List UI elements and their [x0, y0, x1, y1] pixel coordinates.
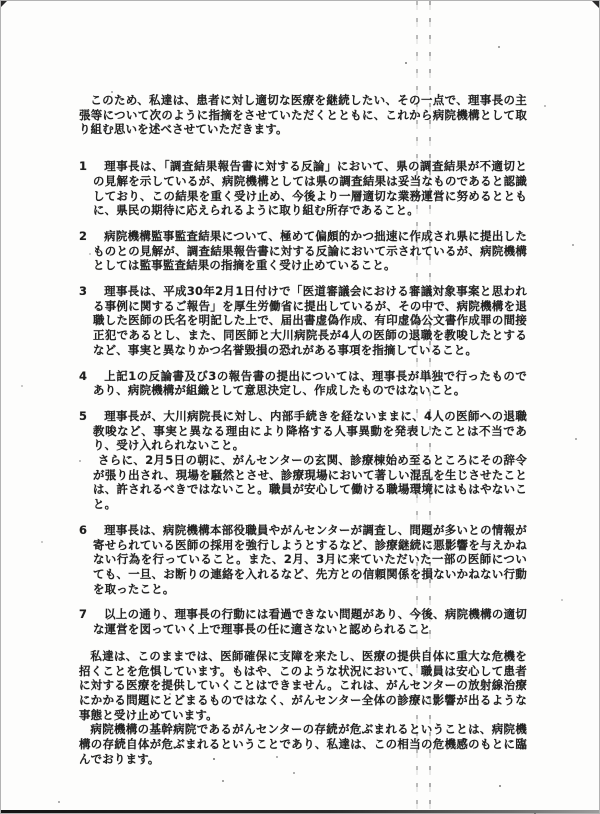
item-number: 2	[79, 229, 104, 244]
closing-paragraph-2: 病院機構の基幹病院であるがんセンターの存続が危ぶまれるということは、病院機構の存…	[79, 722, 527, 766]
numbered-item-2: 2病院機構監事監査結果について、極めて偏頗的かつ拙速に作成され県に提出したものと…	[79, 229, 527, 273]
closing-section: 私達は、このままでは、医師確保に支障を来たし、医療の提供自体に重大な危機を招くこ…	[79, 649, 527, 767]
item-text-continued: さらに、2月5日の朝に、がんセンターの玄関、診療棟始め至るところにその辞令が張り…	[79, 453, 527, 512]
scan-corner-artifact-top-left	[1, 1, 7, 7]
item-text: 理事長が、大川病院長に対し、内部手続きを経ないままに、4人の医師への退職教唆など…	[93, 409, 527, 452]
item-text: 病院機構監事監査結果について、極めて偏頗的かつ拙速に作成され県に提出したものとの…	[93, 229, 527, 272]
item-number: 6	[79, 523, 104, 538]
numbered-item-6: 6理事長は、病院機構本部役職員やがんセンターが調査し、問題が多いとの情報が寄せら…	[79, 523, 527, 597]
numbered-item-7: 7以上の通り、理事長の行動には看過できない問題があり、今後、病院機構の適切な運営…	[79, 607, 527, 636]
scan-bottom-edge	[1, 810, 599, 813]
item-number: 3	[79, 284, 104, 299]
item-text: 上記1の反論書及び3の報告書の提出については、理事長が単独で行ったものであり、病…	[93, 369, 527, 398]
item-text: 理事長は、「調査結果報告書に対する反論」において、県の調査結果が不適切との見解を…	[93, 159, 527, 217]
item-number: 5	[79, 409, 104, 424]
numbered-item-5: 5理事長が、大川病院長に対し、内部手続きを経ないままに、4人の医師への退職教唆な…	[79, 409, 527, 512]
item-number: 4	[79, 369, 104, 384]
item-number: 7	[79, 607, 104, 622]
document-body: このため、私達は、患者に対し適切な医療を継続したい、その一点で、理事長の主張等に…	[1, 1, 599, 766]
item-text: 理事長は、平成30年2月1日付けで「医道審議会における審議対象事案と思われる事例…	[93, 284, 527, 357]
scanned-document-page: このため、私達は、患者に対し適切な医療を継続したい、その一点で、理事長の主張等に…	[0, 0, 600, 814]
scan-corner-artifact-top-right	[592, 1, 599, 8]
numbered-item-4: 4上記1の反論書及び3の報告書の提出については、理事長が単独で行ったものであり、…	[79, 369, 527, 398]
item-text: 以上の通り、理事長の行動には看過できない問題があり、今後、病院機構の適切な運営を…	[93, 607, 527, 636]
item-text: 理事長は、病院機構本部役職員やがんセンターが調査し、問題が多いとの情報が寄せられ…	[93, 523, 527, 596]
closing-paragraph-1: 私達は、このままでは、医師確保に支障を来たし、医療の提供自体に重大な危機を招くこ…	[79, 649, 527, 723]
numbered-item-1: 1理事長は、「調査結果報告書に対する反論」において、県の調査結果が不適切との見解…	[79, 159, 527, 218]
numbered-item-3: 3理事長は、平成30年2月1日付けで「医道審議会における審議対象事案と思われる事…	[79, 284, 527, 358]
intro-paragraph: このため、私達は、患者に対し適切な医療を継続したい、その一点で、理事長の主張等に…	[79, 93, 527, 137]
item-number: 1	[79, 159, 104, 174]
